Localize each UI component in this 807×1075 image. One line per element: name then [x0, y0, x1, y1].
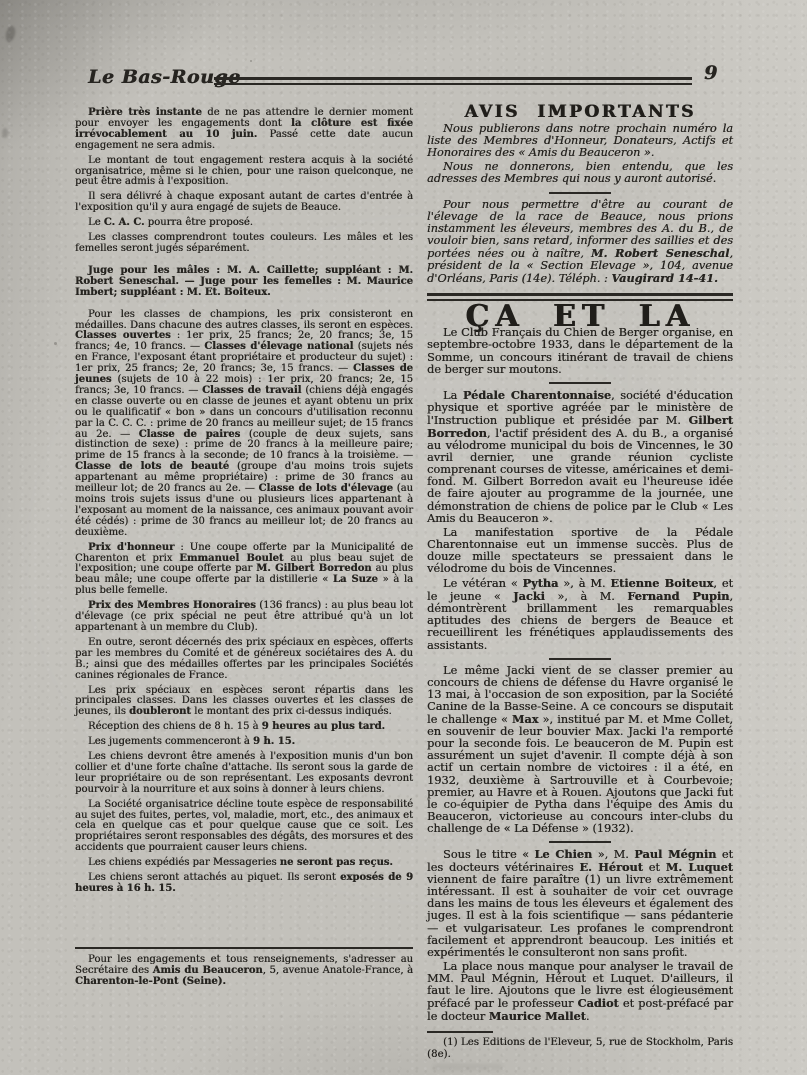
paragraph: Les chiens seront attachés au piquet. Il…: [75, 873, 413, 895]
paragraph: Les chiens expédiés par Messageries ne s…: [75, 858, 413, 869]
paragraph: Le C. A. C. pourra être proposé.: [75, 218, 413, 229]
right-column: AVIS IMPORTANTSNous publierons dans notr…: [427, 104, 733, 1060]
paragraph: Prix des Membres Honoraires (136 francs)…: [75, 601, 413, 634]
paragraph: Juge pour les mâles : M. A. Caillette; s…: [75, 266, 413, 299]
paragraph: En outre, seront décernés des prix spéci…: [75, 638, 413, 682]
ink-speck: [433, 1064, 503, 1070]
paragraph: Les classes comprendront toutes couleurs…: [75, 233, 413, 255]
paragraph: Les chiens devront être amenés à l'expos…: [75, 752, 413, 796]
heading-ca-et-la: ÇA ET LA: [427, 311, 733, 323]
left-column: Prière très instante de ne pas attendre …: [75, 104, 413, 988]
paragraph: La place nous manque pour analyser le tr…: [427, 961, 733, 1023]
header-rule: [214, 77, 692, 85]
paragraph: La Pédale Charentonnaise, société d'éduc…: [427, 389, 733, 525]
ink-speck: [4, 25, 17, 43]
paragraph: Il sera délivré à chaque exposant autant…: [75, 192, 413, 214]
section-rule: [549, 382, 611, 384]
paragraph: Prière très instante de ne pas attendre …: [75, 108, 413, 152]
paragraph: Pour nous permettre d'être au courant de…: [427, 199, 733, 286]
paragraph: Le même Jacki vient de se classer premie…: [427, 665, 733, 835]
paragraph: La manifestation sportive de la Pédale C…: [427, 527, 733, 575]
scanned-page: Le Bas-Rouge 9 Prière très instante de n…: [0, 0, 807, 1075]
spacer: [75, 255, 413, 262]
section-rule: [549, 192, 611, 194]
section-rule: [549, 841, 611, 843]
paragraph: Nous ne donnerons, bien entendu, que les…: [427, 161, 733, 185]
section-rule: [427, 1031, 493, 1033]
paragraph: Le montant de tout engagement restera ac…: [75, 156, 413, 189]
section-rule: [549, 658, 611, 660]
paragraph: Pour les engagements et tous renseigneme…: [75, 955, 413, 988]
paragraph: Les prix spéciaux en espèces seront répa…: [75, 686, 413, 719]
ink-speck: [250, 60, 252, 62]
ink-speck: [54, 342, 57, 345]
ink-speck: [2, 128, 8, 138]
paragraph: Le Club Français du Chien de Berger orga…: [427, 327, 733, 375]
paragraph: La Société organisatrice décline toute e…: [75, 800, 413, 855]
paragraph: Le vétéran « Pytha », à M. Etienne Boite…: [427, 577, 733, 652]
spacer: [75, 299, 413, 306]
paragraph: Sous le titre « Le Chien », M. Paul Mégn…: [427, 848, 733, 959]
paragraph: (1) Les Editions de l'Eleveur, 5, rue de…: [427, 1037, 733, 1060]
paragraph: Pour les classes de champions, les prix …: [75, 310, 413, 539]
paragraph: Nous publierons dans notre prochain numé…: [427, 123, 733, 159]
paragraph: Réception des chiens de 8 h. 15 à 9 heur…: [75, 722, 413, 733]
page-number: 9: [704, 62, 717, 84]
section-rule: [75, 947, 413, 949]
paragraph: Les jugements commenceront à 9 h. 15.: [75, 737, 413, 748]
paragraph: Prix d'honneur : Une coupe offerte par l…: [75, 543, 413, 598]
heading-avis-importants: AVIS IMPORTANTS: [427, 106, 733, 118]
